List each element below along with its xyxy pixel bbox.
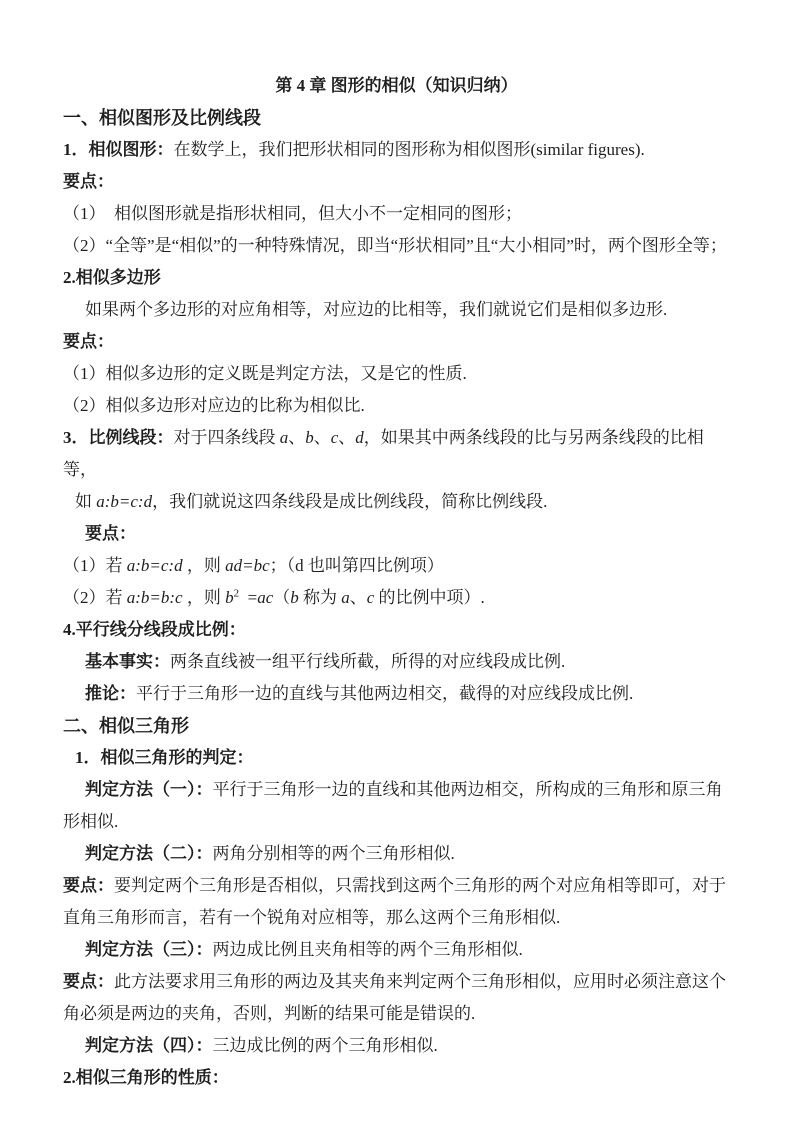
para-judgment-method-1: 判定方法（一）：平行于三角形一边的直线和其他两边相交，所构成的三角形和原三角形相… [63, 774, 730, 838]
heading-similar-polygons: 2.相似多边形 [63, 262, 730, 294]
heading-section-2: 二、相似三角形 [63, 710, 730, 742]
text-run: 判定方法（四）： [85, 1036, 213, 1055]
para-judgment-method-3: 判定方法（三）：两边成比例且夹角相等的两个三角形相似. [63, 934, 730, 966]
text-run: 的比例中项）. [374, 588, 485, 607]
text-run: 称为 [299, 588, 342, 607]
text-run: = [239, 588, 257, 607]
text-run: 两条直线被一组平行线所截，所得的对应线段成比例. [170, 652, 565, 671]
point-2-1: （1）相似多边形的定义既是判定方法，又是它的性质. [63, 358, 730, 390]
text-run: （2）相似多边形对应边的比称为相似比. [63, 396, 365, 415]
text-run: 要点： [63, 876, 114, 895]
text-run: ，我们就说这四条线段是成比例线段，简称比例线段. [152, 492, 547, 511]
label-key-points-1: 要点： [63, 166, 730, 198]
text-run: b [290, 588, 299, 607]
text-run: 、 [338, 428, 355, 447]
text-run: 1．相似三角形的判定： [75, 748, 254, 767]
text-run: ，则 [183, 588, 226, 607]
heading-triangle-properties: 2.相似三角形的性质： [63, 1062, 730, 1094]
para-key-point-included-angle: 要点：此方法要求用三角形的两边及其夹角来判定两个三角形相似，应用时必须注意这个角… [63, 966, 730, 1030]
text-run: 2.相似多边形 [63, 268, 161, 287]
para-similar-figures: 1．相似图形：在数学上，我们把形状相同的图形称为相似图形(similar fig… [63, 134, 730, 166]
text-run: 判定方法（一）： [85, 780, 213, 799]
text-run: 要点： [85, 524, 136, 543]
text-run: （2）“全等”是“相似”的一种特殊情况，即当“形状相同”且“大小相同”时，两个图… [63, 236, 727, 255]
text-run: 、 [350, 588, 367, 607]
text-run: ac [257, 588, 273, 607]
para-corollary: 推论：平行于三角形一边的直线与其他两边相交，截得的对应线段成比例. [63, 678, 730, 710]
text-run: 一、相似图形及比例线段 [63, 108, 261, 128]
text-run: b [225, 588, 234, 607]
text-run: 要点： [63, 332, 114, 351]
text-run: d [355, 428, 364, 447]
text-run: 三边成比例的两个三角形相似. [213, 1036, 438, 1055]
text-run: （1） 相似图形就是指形状相同，但大小不一定相同的图形； [63, 204, 522, 223]
para-similar-polygons: 如果两个多边形的对应角相等，对应边的比相等，我们就说它们是相似多边形. [63, 294, 730, 326]
text-run: 对于四条线段 [174, 428, 280, 447]
point-1-1: （1） 相似图形就是指形状相同，但大小不一定相同的图形； [63, 198, 730, 230]
point-1-2: （2）“全等”是“相似”的一种特殊情况，即当“形状相同”且“大小相同”时，两个图… [63, 230, 730, 262]
text-run: b [305, 428, 314, 447]
text-run: 、 [288, 428, 305, 447]
text-run: 要点： [63, 172, 114, 191]
document-body: 第 4 章 图形的相似（知识归纳）一、相似图形及比例线段1．相似图形：在数学上，… [63, 70, 730, 1094]
text-run: 判定方法（二）： [85, 844, 213, 863]
text-run: a [280, 428, 289, 447]
heading-triangle-judgment: 1．相似三角形的判定： [63, 742, 730, 774]
para-judgment-method-4: 判定方法（四）：三边成比例的两个三角形相似. [63, 1030, 730, 1062]
text-run: 如 [75, 492, 96, 511]
text-run: a:b=c:d [96, 492, 152, 511]
text-run: （ [273, 588, 290, 607]
text-run: 平行于三角形一边的直线与其他两边相交，截得的对应线段成比例. [136, 684, 633, 703]
text-run: （1）相似多边形的定义既是判定方法，又是它的性质. [63, 364, 467, 383]
text-run: 两边成比例且夹角相等的两个三角形相似. [213, 940, 523, 959]
text-run: 要判定两个三角形是否相似，只需找到这两个三角形的两个对应角相等即可，对于直角三角… [63, 876, 726, 927]
heading-parallel-lines: 4.平行线分线段成比例： [63, 614, 730, 646]
text-run: 1．相似图形： [63, 140, 174, 159]
text-run: a:b=b:c [127, 588, 183, 607]
text-run: 此方法要求用三角形的两边及其夹角来判定两个三角形相似，应用时必须注意这个角必须是… [63, 972, 726, 1023]
document-page: 第 4 章 图形的相似（知识归纳）一、相似图形及比例线段1．相似图形：在数学上，… [0, 0, 793, 1122]
point-3-2: （2）若 a:b=b:c ，则 b2 =ac（b 称为 a、c 的比例中项）. [63, 582, 730, 614]
text-run: 在数学上，我们把形状相同的图形称为相似图形(similar figures). [174, 140, 645, 159]
text-run: 基本事实： [85, 652, 170, 671]
text-run: 判定方法（三）： [85, 940, 213, 959]
para-basic-fact: 基本事实：两条直线被一组平行线所截，所得的对应线段成比例. [63, 646, 730, 678]
text-run: ，则 [183, 556, 226, 575]
text-run: ；（d 也叫第四比例项） [270, 556, 444, 575]
point-2-2: （2）相似多边形对应边的比称为相似比. [63, 390, 730, 422]
label-key-points-3: 要点： [63, 518, 730, 550]
text-run: 推论： [85, 684, 136, 703]
para-key-point-angles: 要点：要判定两个三角形是否相似，只需找到这两个三角形的两个对应角相等即可，对于直… [63, 870, 730, 934]
text-run: ad=bc [225, 556, 270, 575]
text-run: 要点： [63, 972, 114, 991]
text-run: 两角分别相等的两个三角形相似. [213, 844, 455, 863]
text-run: 第 4 章 图形的相似（知识归纳） [275, 76, 517, 95]
text-run: 、 [314, 428, 331, 447]
para-proportional-segments: 3．比例线段：对于四条线段 a、b、c、d，如果其中两条线段的比与另两条线段的比… [63, 422, 730, 486]
label-key-points-2: 要点： [63, 326, 730, 358]
text-run: a:b=c:d [127, 556, 183, 575]
point-3-1: （1）若 a:b=c:d ，则 ad=bc；（d 也叫第四比例项） [63, 550, 730, 582]
text-run: 3．比例线段： [63, 428, 174, 447]
text-run: 二、相似三角形 [63, 716, 189, 736]
text-run: a [341, 588, 350, 607]
text-run: 4.平行线分线段成比例： [63, 620, 246, 639]
para-proportional-segments-2: 如 a:b=c:d，我们就说这四条线段是成比例线段，简称比例线段. [63, 486, 730, 518]
doc-title: 第 4 章 图形的相似（知识归纳） [63, 70, 730, 102]
text-run: 如果两个多边形的对应角相等，对应边的比相等，我们就说它们是相似多边形. [85, 300, 667, 319]
text-run: 2.相似三角形的性质： [63, 1068, 229, 1087]
text-run: （2）若 [63, 588, 127, 607]
text-run: （1）若 [63, 556, 127, 575]
para-judgment-method-2: 判定方法（二）：两角分别相等的两个三角形相似. [63, 838, 730, 870]
heading-section-1: 一、相似图形及比例线段 [63, 102, 730, 134]
